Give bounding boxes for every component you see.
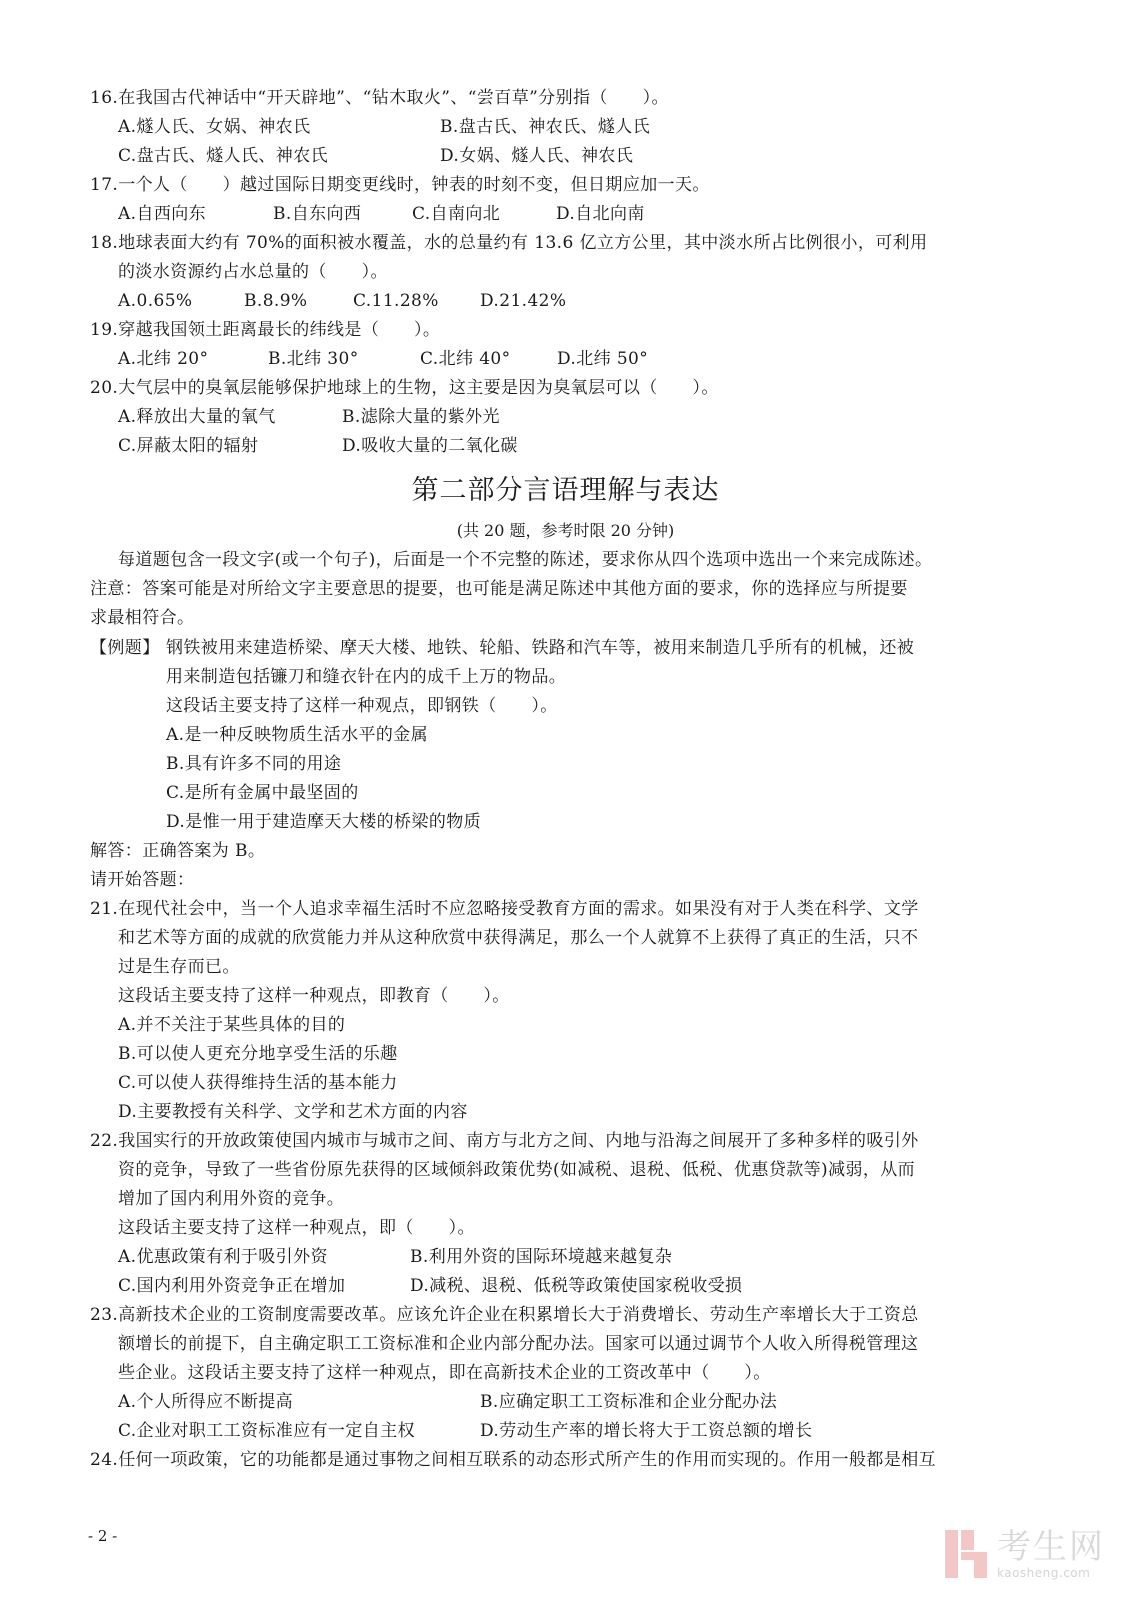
instructions-line-3: 求最相符合。 bbox=[90, 607, 194, 629]
question-21-stem-line-1: 21.在现代社会中，当一个人追求幸福生活时不应忽略接受教育方面的需求。如果没有对… bbox=[90, 898, 919, 920]
example-option-c: C.是所有金属中最坚固的 bbox=[166, 782, 359, 804]
question-17-option-a: A.自西向东 bbox=[118, 203, 206, 225]
kaosheng-logo-icon bbox=[945, 1530, 987, 1578]
question-16-stem: 16.在我国古代神话中“开天辟地”、“钻木取火”、“尝百草”分别指（ ）。 bbox=[90, 87, 669, 109]
question-19-option-b: B.北纬 30° bbox=[268, 348, 359, 370]
example-label: 【例题】 bbox=[90, 637, 160, 659]
example-answer: 解答：正确答案为 B。 bbox=[90, 840, 265, 862]
question-17-option-d: D.自北向南 bbox=[556, 203, 645, 225]
example-line-3: 这段话主要支持了这样一种观点，即钢铁（ ）。 bbox=[166, 695, 558, 717]
question-21-option-b: B.可以使人更充分地享受生活的乐趣 bbox=[118, 1043, 398, 1065]
question-17-stem: 17.一个人（ ）越过国际日期变更线时，钟表的时刻不变，但日期应加一天。 bbox=[90, 174, 710, 196]
question-20-stem: 20.大气层中的臭氧层能够保护地球上的生物，这主要是因为臭氧层可以（ ）。 bbox=[90, 377, 719, 399]
question-23-option-c: C.企业对职工工资标准应有一定自主权 bbox=[118, 1420, 415, 1442]
question-18-option-d: D.21.42% bbox=[480, 290, 566, 312]
question-21-option-c: C.可以使人获得维持生活的基本能力 bbox=[118, 1072, 398, 1094]
question-22-stem-line-2: 资的竞争，导致了一些省份原先获得的区域倾斜政策优势(如减税、退税、低税、优惠贷款… bbox=[118, 1159, 915, 1181]
question-20-option-d: D.吸收大量的二氧化碳 bbox=[342, 435, 518, 457]
example-line-1: 钢铁被用来建造桥梁、摩天大楼、地铁、轮船、铁路和汽车等，被用来制造几乎所有的机械… bbox=[166, 637, 914, 659]
question-22-stem-line-4: 这段话主要支持了这样一种观点，即（ ）。 bbox=[118, 1217, 475, 1239]
section-subtitle: (共 20 题，参考时限 20 分钟) bbox=[0, 520, 1131, 542]
question-18-option-b: B.8.9% bbox=[244, 290, 308, 312]
question-17-option-c: C.自南向北 bbox=[412, 203, 500, 225]
question-19-option-c: C.北纬 40° bbox=[420, 348, 511, 370]
question-18-option-a: A.0.65% bbox=[118, 290, 193, 312]
section-title: 第二部分言语理解与表达 bbox=[0, 474, 1131, 508]
example-option-b: B.具有许多不同的用途 bbox=[166, 753, 341, 775]
question-16-option-a: A.燧人氏、女娲、神农氏 bbox=[118, 116, 310, 138]
question-23-stem-line-3: 些企业。这段话主要支持了这样一种观点，即在高新技术企业的工资改革中（ ）。 bbox=[118, 1362, 771, 1384]
question-22-stem-line-1: 22.我国实行的开放政策使国内城市与城市之间、南方与北方之间、内地与沿海之间展开… bbox=[90, 1130, 919, 1152]
question-22-option-d: D.减税、退税、低税等政策使国家税收受损 bbox=[410, 1275, 742, 1297]
question-20-option-b: B.滤除大量的紫外光 bbox=[342, 406, 500, 428]
question-21-option-d: D.主要教授有关科学、文学和艺术方面的内容 bbox=[118, 1101, 468, 1123]
example-option-a: A.是一种反映物质生活水平的金属 bbox=[166, 724, 428, 746]
question-16-option-c: C.盘古氏、燧人氏、神农氏 bbox=[118, 145, 328, 167]
example-option-d: D.是惟一用于建造摩天大楼的桥梁的物质 bbox=[166, 811, 481, 833]
question-21-stem-line-2: 和艺术等方面的成就的欣赏能力并从这种欣赏中获得满足，那么一个人就算不上获得了真正… bbox=[118, 927, 918, 949]
question-21-option-a: A.并不关注于某些具体的目的 bbox=[118, 1014, 345, 1036]
instructions-line-1: 每道题包含一段文字(或一个句子)，后面是一个不完整的陈述，要求你从四个选项中选出… bbox=[118, 549, 932, 571]
watermark-text: 考生网 bbox=[997, 1528, 1105, 1566]
question-22-option-b: B.利用外资的国际环境越来越复杂 bbox=[410, 1246, 672, 1268]
question-18-stem-line-1: 18.地球表面大约有 70%的面积被水覆盖，水的总量约有 13.6 亿立方公里，… bbox=[90, 232, 927, 254]
question-19-option-d: D.北纬 50° bbox=[557, 348, 648, 370]
question-18-option-c: C.11.28% bbox=[353, 290, 439, 312]
question-24-stem-line-1: 24.任何一项政策，它的功能都是通过事物之间相互联系的动态形式所产生的作用而实现… bbox=[90, 1449, 936, 1471]
question-23-option-b: B.应确定职工工资标准和企业分配办法 bbox=[480, 1391, 777, 1413]
example-line-2: 用来制造包括镰刀和缝衣针在内的成千上万的物品。 bbox=[166, 666, 566, 688]
question-18-stem-line-2: 的淡水资源约占水总量的（ ）。 bbox=[118, 261, 388, 283]
instructions-line-2: 注意：答案可能是对所给文字主要意思的提要，也可能是满足陈述中其他方面的要求，你的… bbox=[90, 578, 908, 600]
question-22-option-a: A.优惠政策有利于吸引外资 bbox=[118, 1246, 328, 1268]
watermark-url: kaosheng.com bbox=[997, 1566, 1090, 1580]
question-19-option-a: A.北纬 20° bbox=[118, 348, 208, 370]
question-22-stem-line-3: 增加了国内利用外资的竞争。 bbox=[118, 1188, 344, 1210]
question-19-stem: 19.穿越我国领土距离最长的纬线是（ ）。 bbox=[90, 319, 440, 341]
question-20-option-c: C.屏蔽太阳的辐射 bbox=[118, 435, 258, 457]
question-16-option-d: D.女娲、燧人氏、神农氏 bbox=[440, 145, 633, 167]
start-prompt: 请开始答题： bbox=[90, 869, 194, 891]
question-22-option-c: C.国内利用外资竞争正在增加 bbox=[118, 1275, 345, 1297]
question-21-stem-line-4: 这段话主要支持了这样一种观点，即教育（ ）。 bbox=[118, 985, 510, 1007]
watermark: 考生网 kaosheng.com bbox=[945, 1528, 1125, 1588]
question-17-option-b: B.自东向西 bbox=[273, 203, 361, 225]
question-23-option-a: A.个人所得应不断提高 bbox=[118, 1391, 293, 1413]
question-16-option-b: B.盘古氏、神农氏、燧人氏 bbox=[440, 116, 650, 138]
page-number: - 2 - bbox=[88, 1527, 117, 1545]
question-20-option-a: A.释放出大量的氧气 bbox=[118, 406, 276, 428]
question-23-stem-line-1: 23.高新技术企业的工资制度需要改革。应该允许企业在积累增长大于消费增长、劳动生… bbox=[90, 1304, 919, 1326]
question-23-option-d: D.劳动生产率的增长将大于工资总额的增长 bbox=[480, 1420, 812, 1442]
question-21-stem-line-3: 过是生存而已。 bbox=[118, 956, 240, 978]
question-23-stem-line-2: 额增长的前提下，自主确定职工工资标准和企业内部分配办法。国家可以通过调节个人收入… bbox=[118, 1333, 918, 1355]
exam-page: 16.在我国古代神话中“开天辟地”、“钻木取火”、“尝百草”分别指（ ）。 A.… bbox=[0, 0, 1131, 1600]
